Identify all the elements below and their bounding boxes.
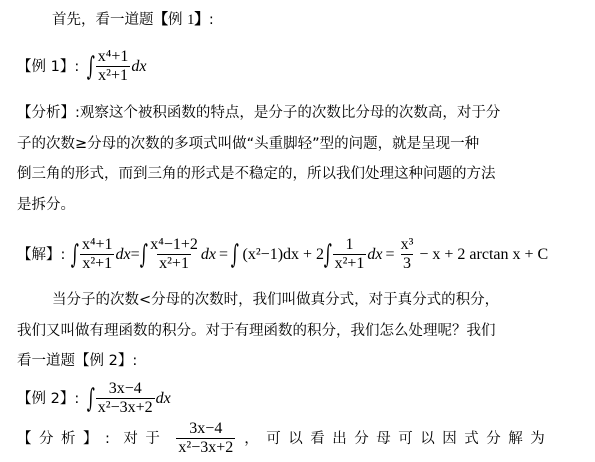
fraction: x⁴+1 x²+1 [96,48,131,85]
fraction: 1 x²+1 [333,236,367,273]
analysis1-line-1: 【分析】:观察这个被积函数的特点，是分子的次数比分母的次数高，对于分 [17,103,500,123]
numerator: 3x−4 [187,420,224,438]
example1-line: 【例 1】: ∫ x⁴+1 x²+1 dx [17,48,147,85]
differential: dx [156,389,171,409]
numerator: x⁴−1+2 [148,236,200,254]
integral-icon: ∫ [324,242,332,268]
analysis1-line-2: 子的次数≥分母的次数的多项式叫做“头重脚轻”型的问题，就是呈现一种 [17,134,479,154]
analysis1-text: 观察这个被积函数的特点，是分子的次数比分母的次数高，对于分 [80,105,501,121]
solution1-label: 【解】: [17,245,65,265]
solution1-equation: ∫ x⁴+1 x²+1 dx = ∫ x⁴−1+2 x²+1 dx = ∫ (x… [71,236,548,273]
denominator: x²+1 [80,254,114,273]
differential: dx [367,245,382,265]
polynomial-term: (x²−1)dx + 2 [243,245,325,265]
analysis2-prefix: 对于 [123,429,167,449]
denominator: x²+1 [333,254,367,273]
analysis1-label: 【分析】: [17,105,80,121]
example2-label: 【例 2】: [17,389,79,409]
example-ref-colon: : [209,12,214,28]
denominator: x²−3x+2 [96,398,155,417]
analysis2-fraction: 3x−4 x²−3x+2 [175,420,236,457]
fraction: x⁴−1+2 x²+1 [148,236,200,273]
equals: = [131,245,140,265]
integral-icon: ∫ [231,242,239,268]
example1-label: 【例 1】: [17,57,79,77]
fraction: 3x−4 x²−3x+2 [176,420,235,457]
equals: = [386,245,395,265]
fraction: 3x−4 x²−3x+2 [96,380,155,417]
example2-integral: ∫ 3x−4 x²−3x+2 dx [87,380,171,417]
paragraph2-text: 我们又叫做有理函数的积分。对于有理函数的积分，我们怎么处理呢？我们 [17,323,496,339]
intro-text: 首先，看一道题 [52,12,154,28]
integral-icon: ∫ [87,54,95,80]
fraction: x³ 3 [399,236,416,273]
example1-integral: ∫ x⁴+1 x²+1 dx [87,48,146,85]
analysis1-line-3: 倒三角的形式，而到三角的形式是不稳定的，所以我们处理这种问题的方法 [17,164,496,184]
intro-line: 首先，看一道题【例 1】: [52,10,214,30]
numerator: 1 [344,236,356,254]
fraction: x⁴+1 x²+1 [80,236,115,273]
differential: dx [116,245,131,265]
result-tail: − x + 2 arctan x + C [419,245,548,265]
equals: = [219,245,228,265]
denominator: 3 [401,254,413,273]
analysis1-text: 是拆分。 [17,197,75,213]
example-ref-label: 例 [168,12,183,28]
numerator: x⁴+1 [80,236,115,254]
denominator: x²−3x+2 [176,438,235,457]
example-ref-open: 【 [154,12,169,28]
paragraph2-text: 看一道题【例 2】: [17,353,137,369]
analysis2-suffix: ，可以看出分母可以因式分解为 [244,429,552,449]
numerator: x³ [399,236,416,254]
example2-line: 【例 2】: ∫ 3x−4 x²−3x+2 dx [17,380,171,417]
example-ref-close: 】 [194,12,209,28]
analysis1-text: 子的次数≥分母的次数的多项式叫做“头重脚轻”型的问题，就是呈现一种 [17,136,479,152]
integral-icon: ∫ [87,386,95,412]
analysis1-text: 倒三角的形式，而到三角的形式是不稳定的，所以我们处理这种问题的方法 [17,166,496,182]
denominator: x²+1 [157,254,191,273]
differential: dx [201,245,216,265]
numerator: 3x−4 [107,380,144,398]
integral-icon: ∫ [139,242,147,268]
analysis2-line: 【分析】: 对于 3x−4 x²−3x+2 ，可以看出分母可以因式分解为 [17,420,552,457]
analysis2-label: 【分析】: [17,429,117,449]
differential: dx [131,57,146,77]
paragraph2-line-2: 我们又叫做有理函数的积分。对于有理函数的积分，我们怎么处理呢？我们 [17,321,496,341]
paragraph2-text: 当分子的次数<分母的次数时，我们叫做真分式，对于真分式的积分， [52,292,499,308]
analysis1-line-4: 是拆分。 [17,195,75,215]
denominator: x²+1 [96,66,130,85]
paragraph2-line-3: 看一道题【例 2】: [17,351,137,371]
paragraph2-line-1: 当分子的次数<分母的次数时，我们叫做真分式，对于真分式的积分， [52,290,499,310]
integral-icon: ∫ [71,242,79,268]
solution1-line: 【解】: ∫ x⁴+1 x²+1 dx = ∫ x⁴−1+2 x²+1 dx =… [17,236,548,273]
numerator: x⁴+1 [96,48,131,66]
